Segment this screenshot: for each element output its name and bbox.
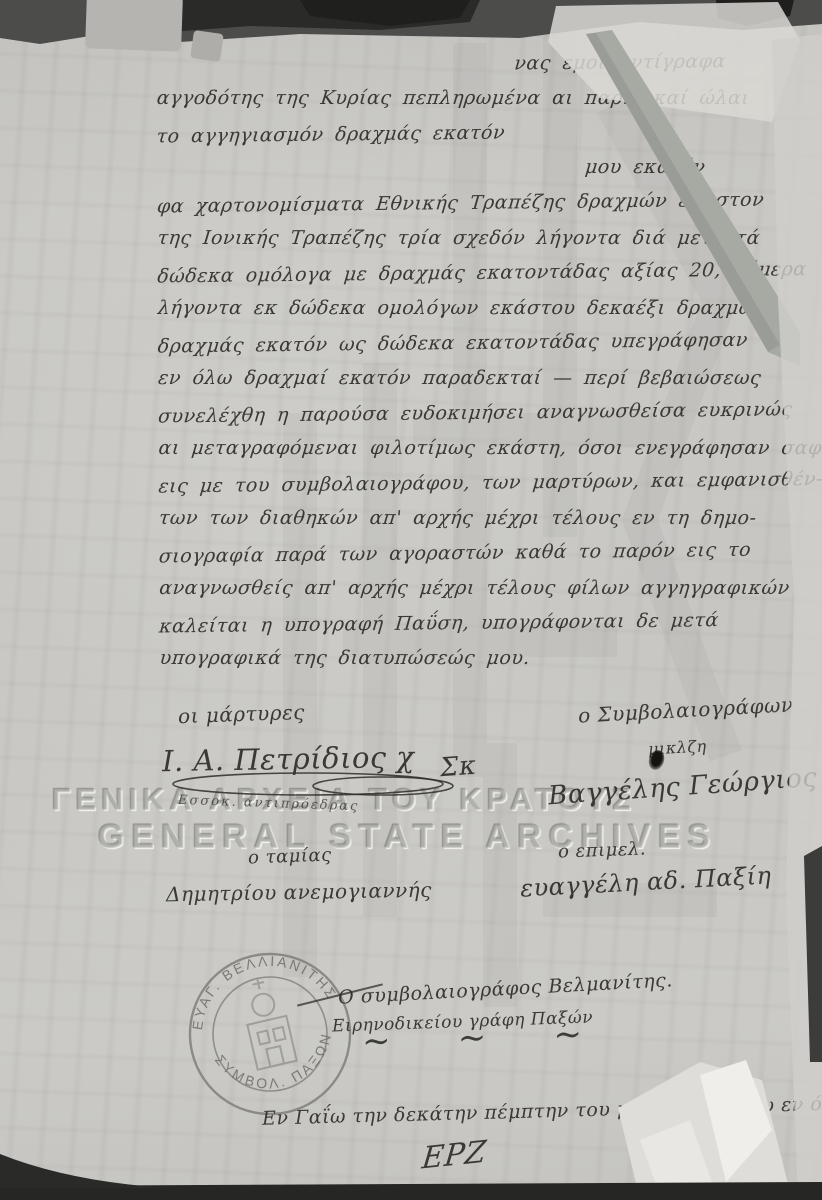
torn-paper-chunk: [300, 0, 470, 26]
manuscript-line: υπογραφικά της διατυπώσεώς μου.: [158, 641, 777, 676]
manuscript-text-block: νας εμοί αντίγραφα αγγοδότης της Κυρίας …: [156, 44, 775, 677]
torn-corner-top-right: [716, 0, 794, 26]
manuscript-line: λήγοντα εκ δώδεκα ομολόγων εκάστου δεκαέ…: [156, 291, 775, 326]
closing-paraph: ΕΡΖ: [420, 1134, 488, 1176]
crumpled-fold: [618, 1062, 792, 1200]
witnesses-label: οι μάρτυρες: [178, 700, 306, 728]
tilde-mark: ~: [457, 1018, 487, 1059]
closing-tilde-marks: ~ ~ ~: [361, 1014, 582, 1062]
treasurer-label: ο ταμίας: [248, 845, 332, 869]
torn-edge-right: [772, 34, 822, 1200]
tilde-mark: ~: [553, 1014, 583, 1055]
manuscript-line: νας εμοί αντίγραφα: [513, 44, 774, 82]
manuscript-line: σιογραφία παρά των αγοραστών καθά το παρ…: [157, 532, 777, 574]
manuscript-line: εις με του συμβολαιογράφου, των μαρτύρων…: [157, 462, 777, 504]
curator-signature: ευαγγέλη αδ. Παξίη: [519, 861, 772, 902]
torn-edge-bottom: [0, 1182, 822, 1200]
manuscript-line: αι μεταγραφόμεναι φιλοτίμως εκάστη, όσοι…: [157, 431, 776, 466]
witness2-signature: Δημητρίου ανεμογιαννής: [166, 878, 432, 907]
crumpled-fold-highlight: [700, 1060, 772, 1182]
stamp-crest-emblem: [238, 975, 297, 1070]
curator-label: ο επιμελ.: [558, 838, 647, 862]
manuscript-line: εν όλω δραχμαί εκατόν παραδεκταί — περί …: [156, 361, 775, 396]
torn-paper-chunk: [160, 0, 480, 32]
torn-corner-bottom-left: [0, 1154, 170, 1188]
manuscript-line: της Ιονικής Τραπέζης τρία σχεδόν λήγοντα…: [156, 221, 775, 256]
manuscript-line: το αγγηγιασμόν δραχμάς εκατόν: [155, 112, 775, 154]
manuscript-line: δραχμάς εκατόν ως δώδεκα εκατοντάδας υπε…: [156, 322, 776, 364]
manuscript-line: καλείται η υπογραφή Παΰση, υπογράφονται …: [158, 602, 778, 644]
manuscript-line: αγγοδότης της Κυρίας πεπληρωμένα αι παρη…: [155, 81, 774, 116]
scan-background-right-sliver: [804, 846, 822, 1062]
manuscript-line: αναγνωσθείς απ' αρχής μέχρι τέλους φίλων…: [158, 571, 777, 606]
crumpled-fold-highlight: [640, 1120, 712, 1196]
manuscript-line: των των διαθηκών απ' αρχής μέχρι τέλους …: [157, 501, 776, 536]
tilde-mark: ~: [361, 1021, 391, 1062]
manuscript-line: δώδεκα ομόλογα με δραχμάς εκατοντάδας αξ…: [156, 252, 776, 294]
notary-label: ο Συμβολαιογράφων: [578, 692, 795, 727]
torn-edge-top: [0, 0, 822, 44]
archival-tape-piece: [85, 0, 183, 52]
notary-signature: Βαγγέλης Γεώργιος: [547, 763, 818, 812]
manuscript-line: μου εκατόν: [583, 150, 775, 185]
scanned-document-page: ΓΕΝΙΚΑ ΑΡΧΕΙΑ ΤΟΥ ΚΡΑΤΟΥΣ GENERAL STATE …: [0, 0, 822, 1200]
manuscript-line: φα χαρτονομίσματα Εθνικής Τραπέζης δραχμ…: [155, 182, 775, 224]
manuscript-line: συνελέχθη η παρούσα ευδοκιμήσει αναγνωσθ…: [156, 392, 776, 434]
stamp-note-line1: Ο συμβολαιογράφος Βελμανίτης.: [338, 969, 674, 1008]
